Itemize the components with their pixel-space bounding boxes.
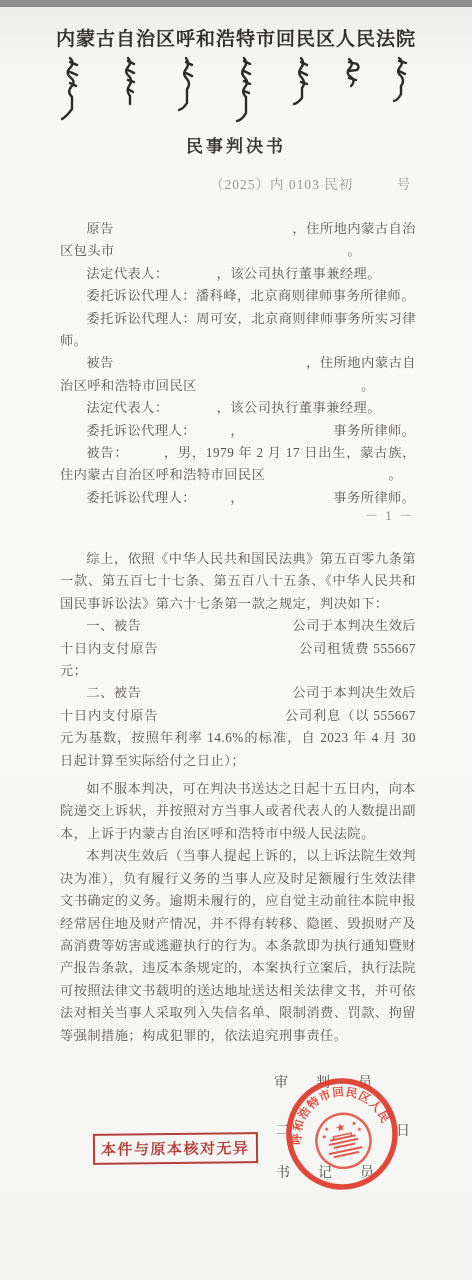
paragraph-agent: 委托诉讼代理人：潘科峰，北京商则律师事务所律师。: [60, 285, 416, 307]
mongolian-script: [56, 56, 416, 136]
paragraph-appeal-notice: 如不服本判决，可在判决书送达之日起十五日内，向本院递交上诉状，并按照对方当事人或…: [60, 778, 416, 845]
verification-stamp: 本件与原本核对无异: [93, 1132, 258, 1165]
national-emblem-icon: ★ ★ ★ ★ ★: [311, 1109, 375, 1173]
mongolian-script-column: [294, 58, 307, 104]
top-border-strip: [0, 0, 472, 7]
document-type-title: 民事判决书: [0, 132, 472, 157]
svg-text:★: ★: [321, 1133, 328, 1141]
mongolian-script-column: [62, 58, 77, 119]
mongolian-script-column: [348, 59, 359, 86]
paragraph-agent: 委托诉讼代理人： ， 事务所律师。: [60, 487, 416, 509]
paragraph-ruling-basis: 综上，依照《中华人民共和国民法典》第五百零九条第一款、第五百七十七条、第五百八十…: [60, 548, 416, 615]
paragraph-defendant-company: 被告 ，住所地内蒙古自治区呼和浩特市回民区 。: [60, 352, 416, 397]
page1-body: 原告 ，住所地内蒙古自治区包头市 。 法定代表人： ，该公司执行董事兼经理。 委…: [60, 218, 416, 509]
svg-text:★: ★: [356, 1126, 363, 1134]
mongolian-script-column: [394, 58, 406, 101]
paragraph-legal-rep: 法定代表人： ，该公司执行董事兼经理。: [60, 263, 416, 285]
svg-text:★: ★: [351, 1120, 358, 1128]
paragraph-plaintiff: 原告 ，住所地内蒙古自治区包头市 。: [60, 218, 416, 263]
svg-text:★: ★: [335, 1121, 347, 1135]
page2-body: 综上，依照《中华人民共和国民法典》第五百零九条第一款、第五百七十七条、第五百八十…: [60, 548, 416, 1047]
paragraph-defendant-individual: 被告： ，男，1979 年 2 月 17 日出生，蒙古族，住内蒙古自治区呼和浩特…: [60, 442, 416, 487]
judgment-document-page: 内蒙古自治区呼和浩特市回民区人民法院: [0, 0, 472, 1280]
paragraph-agent: 委托诉讼代理人： ， 事务所律师。: [60, 420, 416, 442]
mongolian-script-column: [179, 58, 192, 110]
paragraph-judgment-item-1: 一、被告 公司于本判决生效后十日内支付原告 公司租赁费 555667 元；: [60, 615, 416, 682]
page-number: － 1 －: [365, 505, 414, 524]
court-name-title: 内蒙古自治区呼和浩特市回民区人民法院: [0, 24, 472, 51]
mongolian-script-column: [237, 58, 250, 121]
paragraph-legal-rep: 法定代表人： ，该公司执行董事兼经理。: [60, 397, 416, 419]
paragraph-judgment-item-2: 二、被告 公司于本判决生效后十日内支付原告 公司利息（以 555667 元为基数…: [60, 682, 416, 772]
case-number: （2025）内 0103 民初 号: [210, 173, 411, 193]
paragraph-enforcement-notice: 本判决生效后（当事人提起上诉的，以上诉法院生效判决为准），负有履行义务的当事人应…: [60, 845, 416, 1047]
court-seal: 呼和浩特市回民区人民法院 ★ ★ ★ ★ ★: [283, 1075, 401, 1193]
mongolian-script-column: [126, 58, 134, 104]
paragraph-agent: 委托诉讼代理人：周可安，北京商则律师事务所实习律师。: [60, 308, 416, 353]
svg-text:★: ★: [323, 1126, 330, 1134]
